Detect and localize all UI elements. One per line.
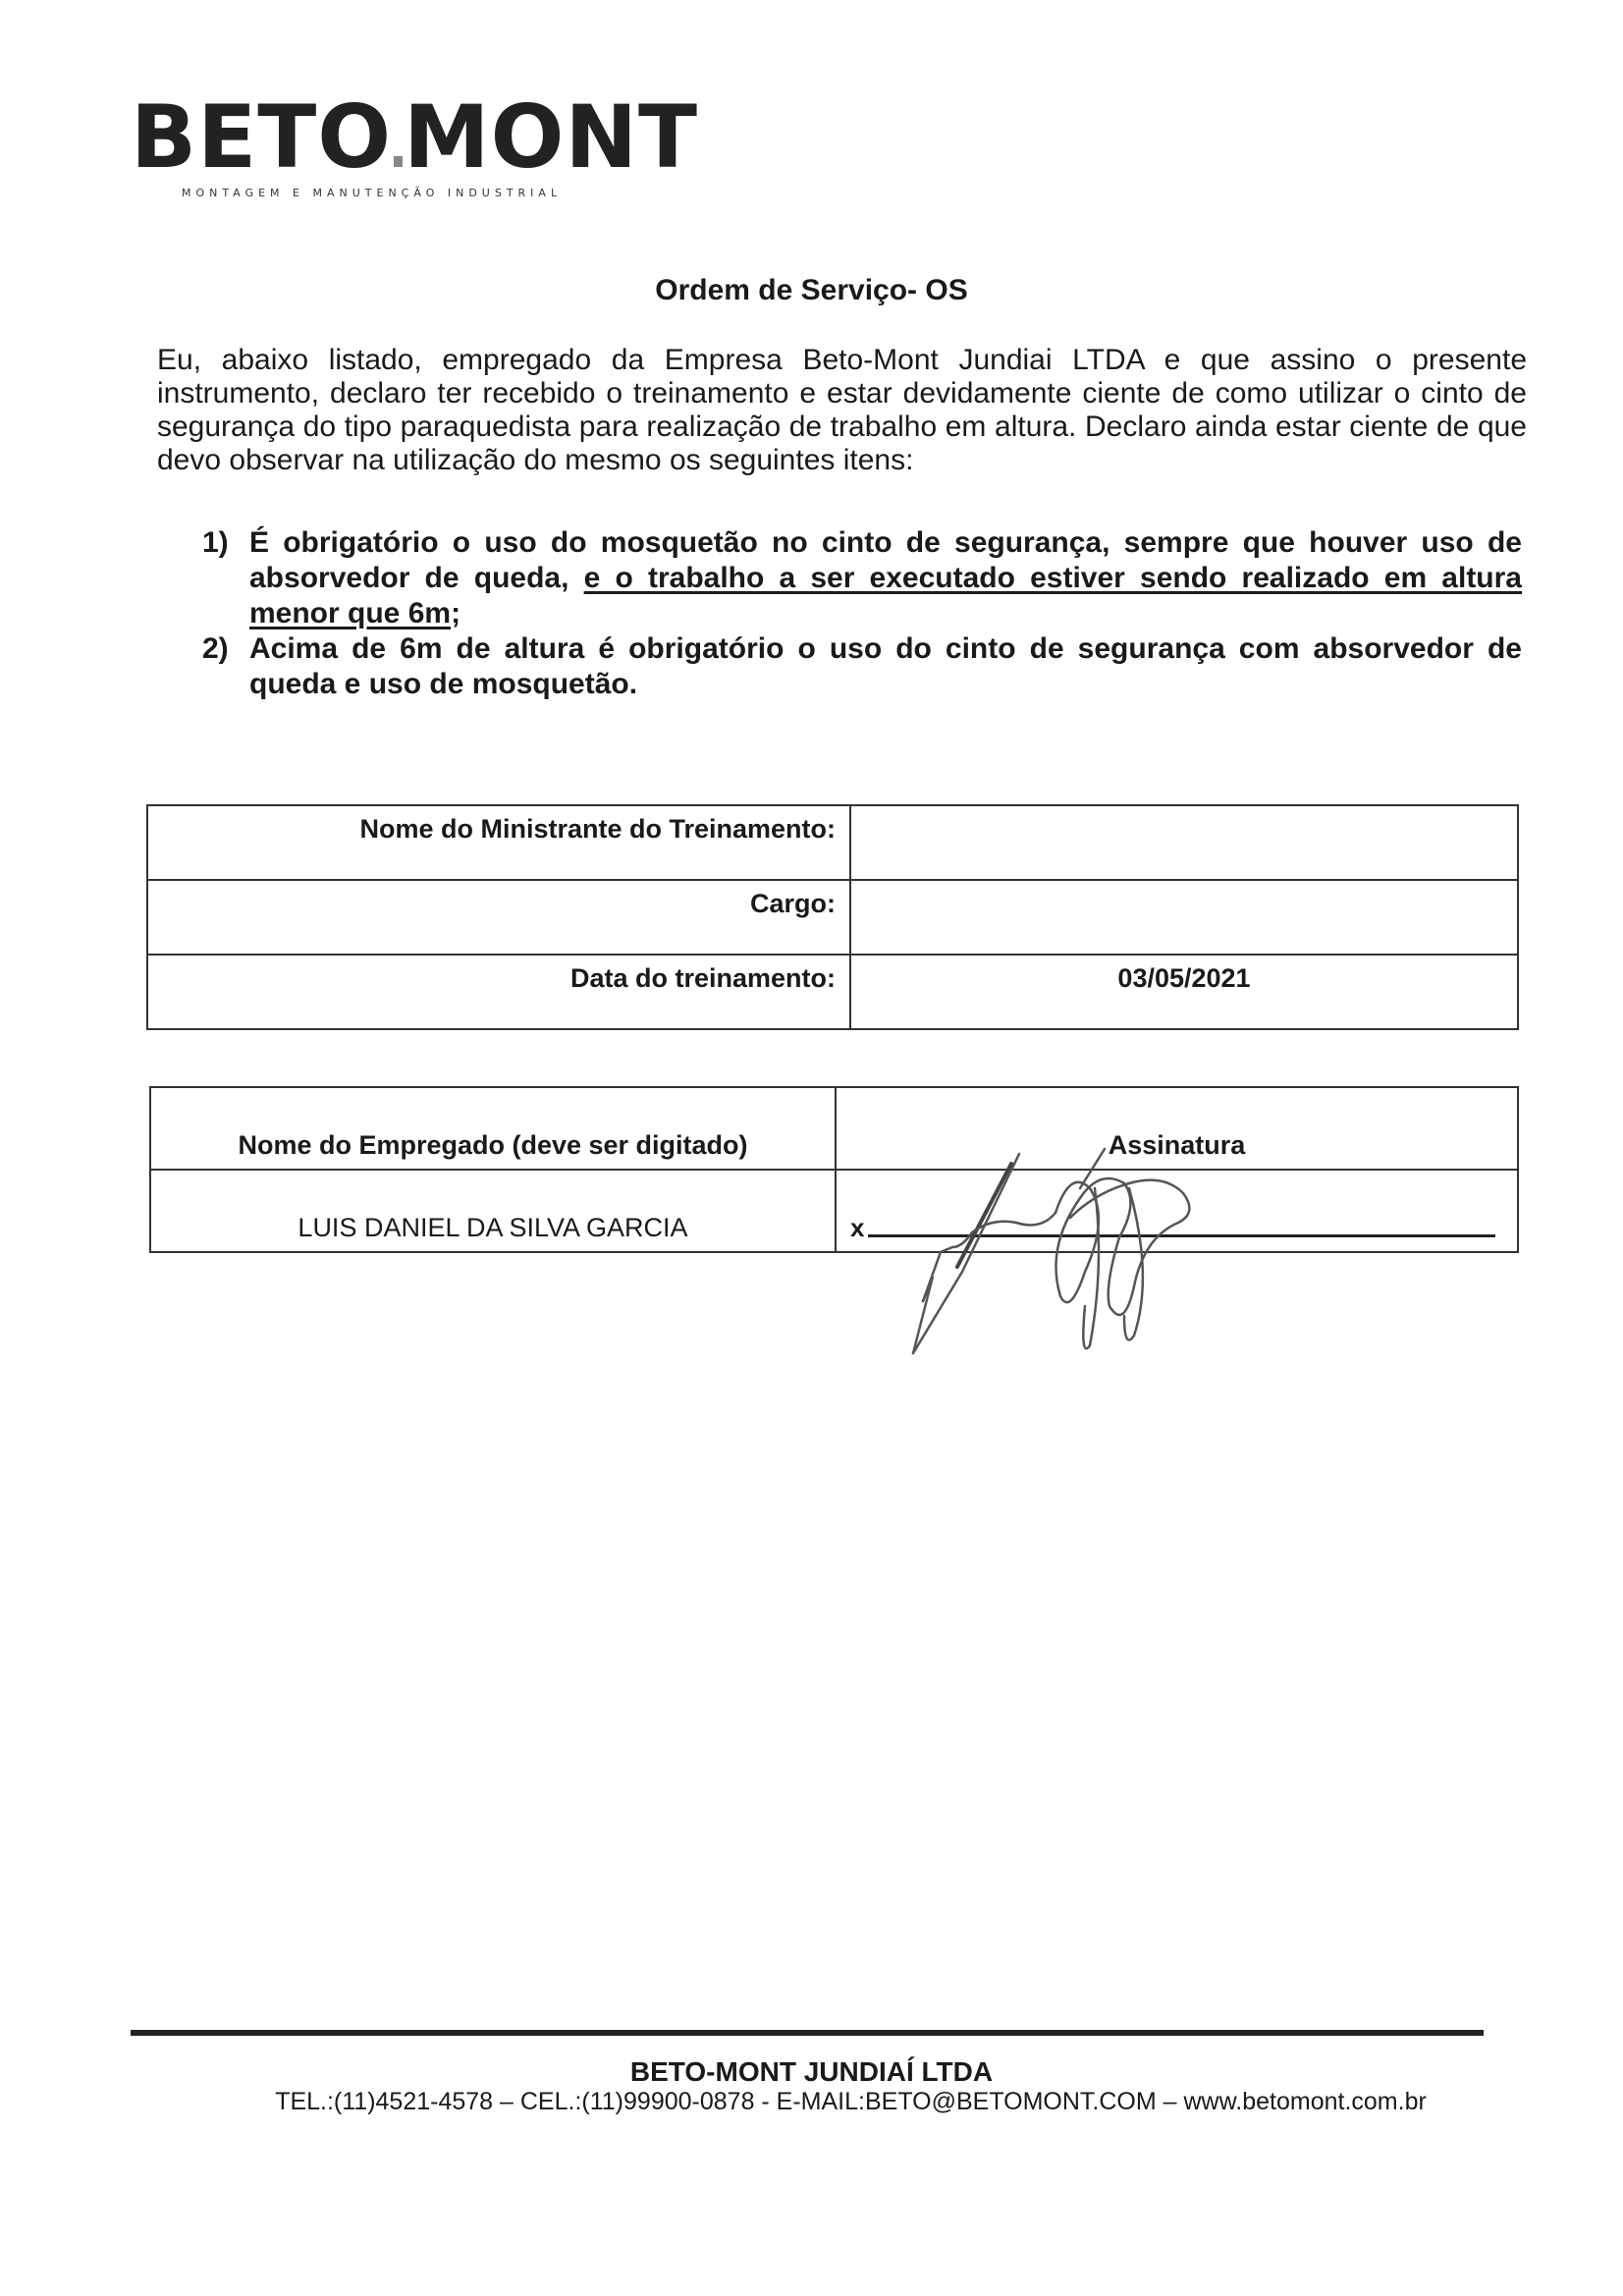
footer-divider [131, 2030, 1484, 2036]
footer-company-name: BETO-MONT JUNDIAÍ LTDA [0, 2056, 1623, 2088]
table-row: Nome do Ministrante do Treinamento: [147, 805, 1518, 880]
trainer-name-field[interactable] [850, 805, 1518, 880]
list-item-text: Acima de 6m de altura é obrigatório o us… [249, 632, 1522, 700]
list-number: 2) [202, 631, 229, 667]
employee-table: Nome do Empregado (deve ser digitado) As… [149, 1086, 1519, 1253]
logo-tagline: MONTAGEM E MANUTENÇÃO INDUSTRIAL [182, 187, 562, 199]
requirements-list: 1)É obrigatório o uso do mosquetão no ci… [196, 525, 1522, 702]
footer-contact-info: TEL.:(11)4521-4578 – CEL.:(11)99900-0878… [0, 2088, 1623, 2116]
role-label: Cargo: [147, 880, 850, 955]
list-item-suffix: ; [451, 597, 460, 629]
trainer-name-label: Nome do Ministrante do Treinamento: [147, 805, 850, 880]
document-title: Ordem de Serviço- OS [0, 274, 1623, 307]
table-row: Data do treinamento: 03/05/2021 [147, 955, 1518, 1029]
list-item: 1)É obrigatório o uso do mosquetão no ci… [196, 525, 1522, 631]
table-row: LUIS DANIEL DA SILVA GARCIA x [150, 1170, 1518, 1252]
logo-text-left: BETO [131, 86, 392, 188]
training-date-field[interactable]: 03/05/2021 [850, 955, 1518, 1029]
intro-paragraph: Eu, abaixo listado, empregado da Empresa… [157, 344, 1527, 477]
handwritten-signature-icon [884, 1129, 1208, 1355]
logo-square-icon [394, 156, 403, 167]
training-table: Nome do Ministrante do Treinamento: Carg… [146, 804, 1519, 1030]
training-date-label: Data do treinamento: [147, 955, 850, 1029]
list-number: 1) [202, 525, 229, 561]
signature-prefix: x [850, 1213, 864, 1243]
list-item: 2)Acima de 6m de altura é obrigatório o … [196, 631, 1522, 702]
employee-name-header: Nome do Empregado (deve ser digitado) [150, 1087, 836, 1170]
logo-text-right: MONT [404, 86, 698, 188]
employee-name-field[interactable]: LUIS DANIEL DA SILVA GARCIA [150, 1170, 836, 1252]
table-header-row: Nome do Empregado (deve ser digitado) As… [150, 1087, 1518, 1170]
company-logo: BETOMONT [131, 94, 698, 181]
table-row: Cargo: [147, 880, 1518, 955]
role-field[interactable] [850, 880, 1518, 955]
